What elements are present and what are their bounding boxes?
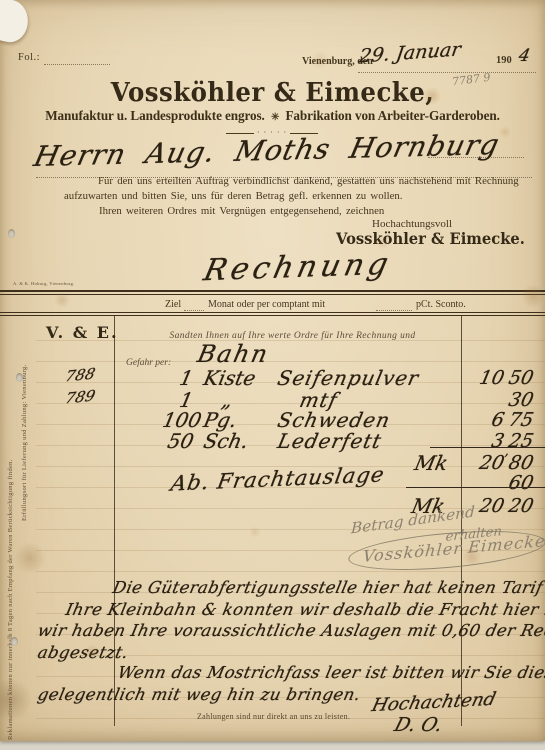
row-quantity: 1 — [177, 366, 195, 390]
margin-note-outer: Reklamationen können nur innerhalb 8 Tag… — [7, 459, 14, 740]
row-item: Lederfett — [275, 429, 384, 453]
intro-line-3: Ihren weiteren Ordres mit Vergnügen entg… — [99, 205, 384, 217]
note1-line-3: wir haben Ihre voraussichtliche Auslagen… — [36, 621, 545, 640]
price-mark-4: 3 — [466, 430, 507, 452]
year-handwritten: 4 — [517, 46, 532, 66]
year-printed: 190 — [496, 55, 512, 66]
rule-mid-a — [0, 312, 545, 313]
row-quantity: 50 — [165, 429, 196, 453]
row-unit: Sch. — [201, 429, 250, 453]
total-pf: 20 — [507, 495, 544, 517]
firm-signature-printed: Vossköhler & Eimecke. — [336, 229, 525, 248]
intro-line-1: Für den uns erteilten Auftrag verbindlic… — [98, 175, 519, 187]
row-number: 788 — [64, 365, 97, 386]
flower-ornament-icon: ✳ — [268, 112, 282, 123]
terms-sconto: pCt. Sconto. — [416, 299, 466, 310]
note1-line-4: abgesetzt. — [36, 643, 130, 662]
price-mark-3: 6 — [466, 409, 507, 431]
terms-monat: Monat oder per comptant mit — [208, 299, 325, 310]
note1-line-1: Die Güterabfertigungsstelle hier hat kei… — [111, 578, 545, 597]
note2-line-1: Wenn das Mostrichfass leer ist bitten wi… — [116, 663, 545, 682]
subtitle-right: Fabrikation von Arbeiter-Garderoben. — [285, 108, 499, 123]
price-mark-1: 10 — [466, 367, 507, 389]
paper-tear — [0, 0, 32, 45]
invoice-sheet: Fol.: Vienenburg, den 29. Januar 190 4 7… — [0, 0, 545, 741]
terms-blank-2 — [376, 309, 412, 311]
order-confirmation-line: Sandten Ihnen auf Ihre werte Ordre für I… — [130, 331, 455, 341]
date-handwritten: 29. Januar — [358, 39, 462, 68]
company-subtitle: Manufaktur u. Landesprodukte engros. ✳ F… — [0, 108, 545, 124]
row-item: Seifenpulver — [275, 366, 421, 390]
ve-label: V. & E. — [46, 323, 119, 342]
company-title: Vossköhler & Eimecke, — [16, 78, 528, 108]
price-pf-3: 75 — [507, 409, 544, 431]
fol-label: Fol.: — [18, 52, 40, 63]
rule-mid-b — [0, 315, 545, 316]
terms-blank-1 — [184, 309, 204, 311]
punch-hole-2 — [16, 373, 23, 382]
deduction-label: Ab. Frachtauslage — [169, 462, 387, 495]
table-vline-left — [114, 316, 115, 726]
price-pf-2: 30 — [507, 389, 544, 411]
invoice-script-title: Rechnung — [200, 247, 395, 288]
price-pf-4: 25 — [507, 430, 544, 452]
subtitle-left: Manufaktur u. Landesprodukte engros. — [45, 108, 265, 123]
rule-top-b — [0, 294, 545, 295]
intro-line-2: aufzuwarten und bitten Sie, uns für dere… — [64, 190, 403, 202]
recipient-line: Herrn Aug. Moths Hornburg — [31, 128, 503, 173]
row-unit: Kiste — [201, 366, 258, 390]
note1-line-2: Ihre Kleinbahn & konnten wir deshalb die… — [64, 600, 545, 619]
row-number: 789 — [64, 387, 97, 408]
subtotal-currency: Mk — [412, 451, 450, 475]
table-row: 788 1 Kiste Seifenpulver — [120, 366, 461, 390]
subtotal-rule — [430, 447, 545, 448]
shipping-value: Bahn — [195, 340, 272, 368]
printer-imprint: A. & K. Hoburg, Vienenburg. — [13, 281, 75, 286]
recipient-dots-short — [428, 156, 524, 158]
deduction-pf: 60 — [507, 472, 544, 494]
rule-top-a — [0, 290, 545, 292]
footer-payment-note: Zahlungen sind nur direkt an uns zu leis… — [197, 712, 350, 721]
margin-note-inner: Erfüllungsort für Lieferung und Zahlung:… — [21, 365, 28, 522]
signature-initials: D. O. — [392, 714, 445, 736]
table-row: 50 Sch. Lederfett — [120, 429, 461, 453]
date-underline — [358, 71, 536, 73]
punch-hole-3 — [11, 637, 18, 646]
total-rule — [406, 487, 545, 488]
subtotal-pf: 80 — [507, 452, 544, 474]
subtotal-mark: 20 — [466, 452, 507, 474]
note2-line-2: gelegentlich mit weg hin zu bringen. — [36, 685, 362, 704]
terms-ziel: Ziel — [165, 299, 181, 310]
punch-hole-1 — [8, 229, 15, 238]
price-pf-1: 50 — [507, 367, 544, 389]
fol-line — [44, 63, 110, 65]
signature-word: Hochachtend — [370, 689, 498, 716]
